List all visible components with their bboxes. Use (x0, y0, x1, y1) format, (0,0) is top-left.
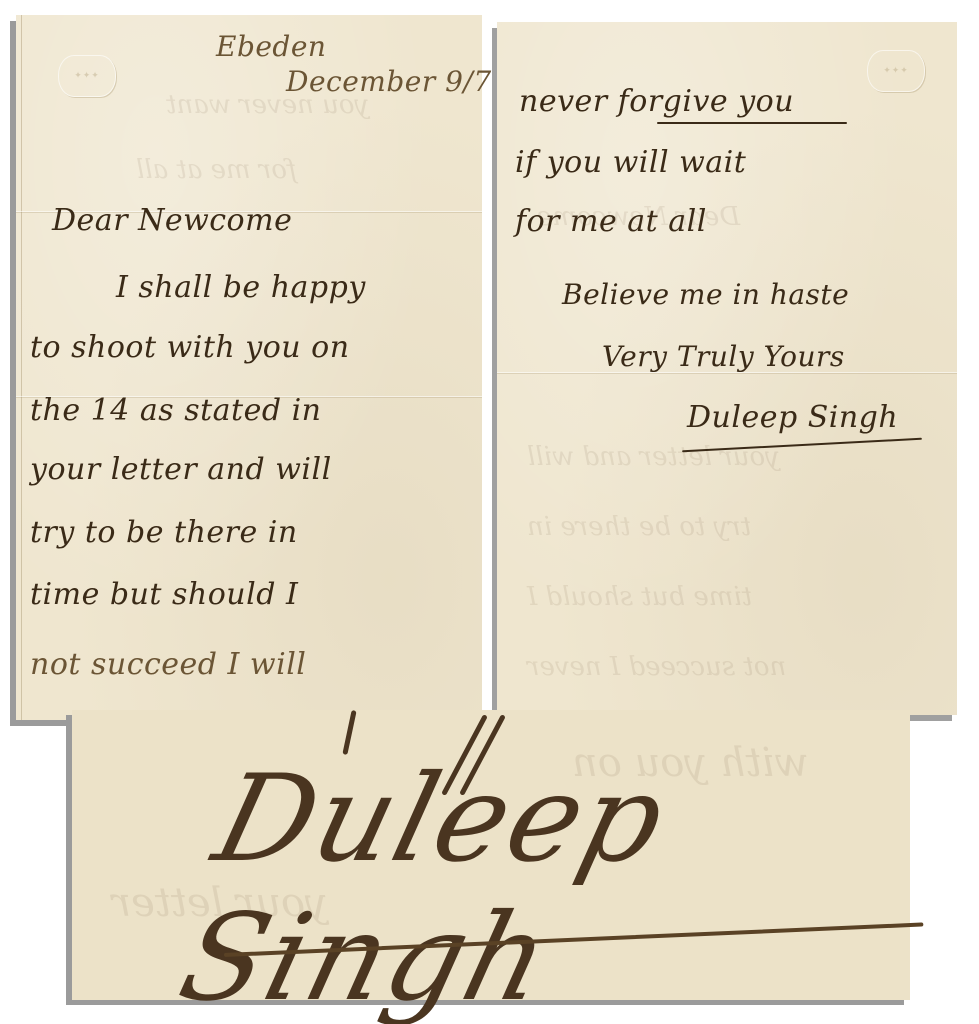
enlarged-signature: Duleep Singh (167, 750, 944, 1024)
bleed-through-text: for me at all (136, 155, 297, 185)
letter-place: Ebeden (216, 30, 326, 63)
bleed-through-text: not succeed I never (527, 652, 786, 682)
letter-page-left: ✦✦✦ you never want for me at all Ebeden … (16, 15, 482, 720)
paper-edge (21, 15, 22, 720)
bleed-through-text: try to be there in (527, 512, 751, 542)
letter-line: if you will wait (515, 145, 746, 180)
signature-detail-panel: with you on your letter Duleep Singh (72, 710, 910, 1000)
embossed-crest-icon: ✦✦✦ (867, 50, 925, 92)
letter-line: the 14 as stated in (30, 393, 322, 428)
letter-line: I shall be happy (116, 270, 366, 305)
letter-line: try to be there in (30, 515, 298, 550)
signature: Duleep Singh (687, 400, 898, 435)
salutation: Dear Newcome (52, 203, 292, 238)
closing-line: Very Truly Yours (602, 340, 845, 373)
bleed-through-text: time but should I (527, 582, 752, 612)
letter-date: December 9/70 (286, 65, 510, 98)
letter-line: not succeed I will (30, 647, 306, 682)
letter-line: for me at all (515, 204, 707, 239)
ink-stroke (342, 710, 356, 755)
letter-page-right: ✦✦✦ Dear Newcome your letter and will tr… (497, 22, 957, 715)
letter-line: never forgive you (519, 84, 794, 119)
letter-line: to shoot with you on (30, 330, 350, 365)
letter-line: time but should I (30, 577, 298, 612)
letter-line: your letter and will (30, 452, 332, 487)
underline (657, 122, 847, 124)
closing-line: Believe me in haste (562, 278, 849, 311)
embossed-crest-icon: ✦✦✦ (58, 55, 116, 97)
